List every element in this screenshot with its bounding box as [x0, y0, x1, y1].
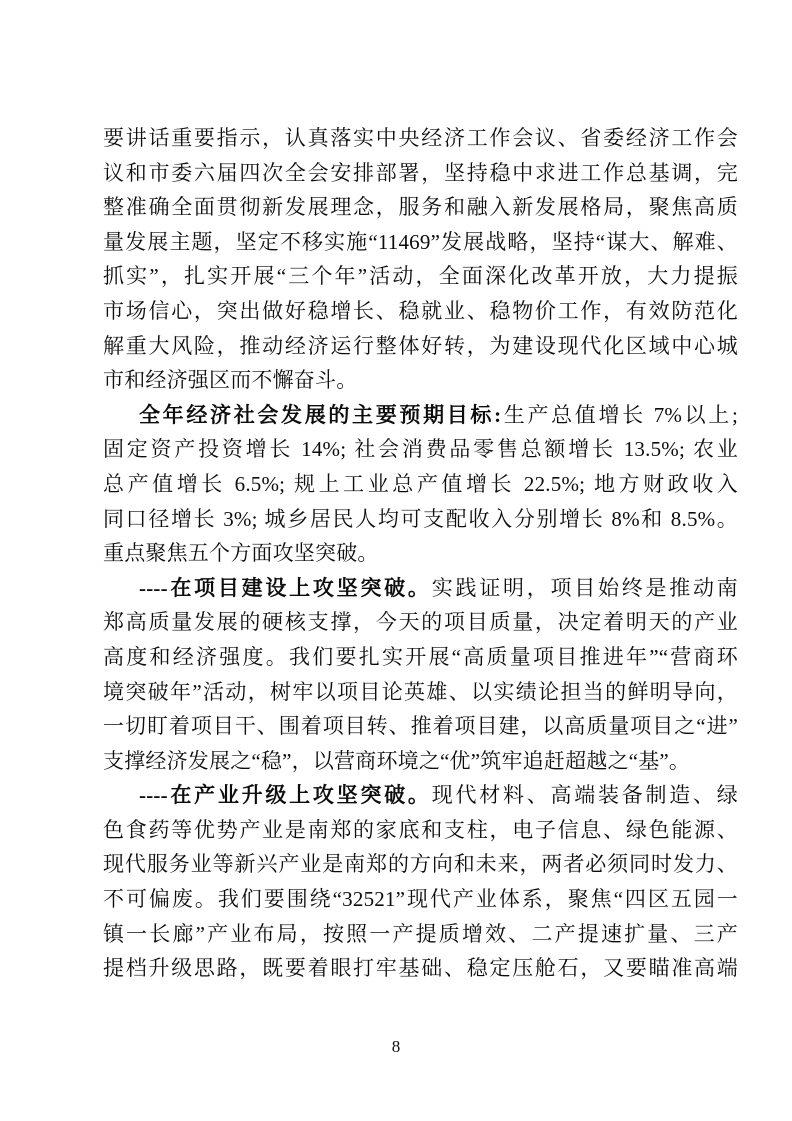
text-run: 支撑经济发展之“稳”，以营商环境之“优”筑牢追赶超越之“基”。	[103, 749, 690, 773]
bold-text-run: ----在项目建设上攻坚突破。	[139, 576, 432, 600]
text-line: 镇一长廊”产业布局，按照一产提质增效、二产提速扩量、三产	[103, 917, 738, 952]
text-run: 同口径增长 3%; 城乡居民人均可支配收入分别增长 8%和 8.5%。	[103, 507, 738, 531]
text-line: 市场信心，突出做好稳增长、稳就业、稳物价工作，有效防范化	[103, 294, 738, 329]
text-line: ----在产业升级上攻坚突破。现代材料、高端装备制造、绿	[103, 778, 738, 813]
text-run: 高度和经济强度。我们要扎实开展“高质量项目推进年”“营商环	[103, 645, 738, 669]
text-line: ----在项目建设上攻坚突破。实践证明，项目始终是推动南	[103, 571, 738, 606]
text-line: 不可偏废。我们要围绕“32521”现代产业体系，聚焦“四区五园一	[103, 882, 738, 917]
text-line: 同口径增长 3%; 城乡居民人均可支配收入分别增长 8%和 8.5%。	[103, 502, 738, 537]
text-run: 市和经济强区而不懈奋斗。	[103, 368, 357, 392]
text-line: 支撑经济发展之“稳”，以营商环境之“优”筑牢追赶超越之“基”。	[103, 744, 738, 779]
document-body: 要讲话重要指示，认真落实中央经济工作会议、省委经济工作会议和市委六届四次全会安排…	[103, 121, 738, 986]
page-number: 8	[0, 1036, 792, 1058]
document-page: 要讲话重要指示，认真落实中央经济工作会议、省委经济工作会议和市委六届四次全会安排…	[0, 0, 792, 1121]
text-line: 议和市委六届四次全会安排部署，坚持稳中求进工作总基调，完	[103, 156, 738, 191]
paragraph: 全年经济社会发展的主要预期目标:生产总值增长 7%以上;固定资产投资增长 14%…	[103, 398, 738, 571]
text-line: 抓实”，扎实开展“三个年”活动，全面深化改革开放，大力提振	[103, 259, 738, 294]
text-run: 量发展主题，坚定不移实施“11469”发展战略，坚持“谋大、解难、	[103, 230, 738, 254]
text-line: 提档升级思路，既要着眼打牢基础、稳定压舱石，又要瞄准高端	[103, 951, 738, 986]
text-run: 固定资产投资增长 14%; 社会消费品零售总额增长 13.5%; 农业	[103, 437, 738, 461]
text-run: 要讲话重要指示，认真落实中央经济工作会议、省委经济工作会	[103, 126, 738, 150]
text-run: 一切盯着项目干、围着项目转、推着项目建，以高质量项目之“进”	[103, 714, 738, 738]
text-line: 固定资产投资增长 14%; 社会消费品零售总额增长 13.5%; 农业	[103, 432, 738, 467]
text-run: 提档升级思路，既要着眼打牢基础、稳定压舱石，又要瞄准高端	[103, 956, 738, 980]
text-run: 实践证明，项目始终是推动南	[432, 576, 738, 600]
text-line: 全年经济社会发展的主要预期目标:生产总值增长 7%以上;	[103, 398, 738, 433]
text-run: 议和市委六届四次全会安排部署，坚持稳中求进工作总基调，完	[103, 161, 738, 185]
text-run: 色食药等优势产业是南郑的家底和支柱，电子信息、绿色能源、	[103, 818, 738, 842]
text-run: 现代服务业等新兴产业是南郑的方向和未来，两者必须同时发力、	[103, 852, 738, 876]
paragraph: ----在项目建设上攻坚突破。实践证明，项目始终是推动南郑高质量发展的硬核支撑，…	[103, 571, 738, 779]
text-run: 现代材料、高端装备制造、绿	[432, 783, 738, 807]
text-run: 市场信心，突出做好稳增长、稳就业、稳物价工作，有效防范化	[103, 299, 738, 323]
text-line: 现代服务业等新兴产业是南郑的方向和未来，两者必须同时发力、	[103, 847, 738, 882]
text-run: 镇一长廊”产业布局，按照一产提质增效、二产提速扩量、三产	[103, 922, 738, 946]
bold-text-run: 全年经济社会发展的主要预期目标:	[139, 403, 501, 427]
text-run: 抓实”，扎实开展“三个年”活动，全面深化改革开放，大力提振	[103, 264, 738, 288]
text-line: 重点聚焦五个方面攻坚突破。	[103, 536, 738, 571]
text-line: 总产值增长 6.5%; 规上工业总产值增长 22.5%; 地方财政收入	[103, 467, 738, 502]
text-run: 不可偏废。我们要围绕“32521”现代产业体系，聚焦“四区五园一	[103, 887, 738, 911]
text-run: 解重大风险，推动经济运行整体好转，为建设现代化区域中心城	[103, 334, 738, 358]
text-line: 市和经济强区而不懈奋斗。	[103, 363, 738, 398]
bold-text-run: ----在产业升级上攻坚突破。	[139, 783, 432, 807]
text-run: 整准确全面贯彻新发展理念，服务和融入新发展格局，聚焦高质	[103, 195, 738, 219]
text-line: 色食药等优势产业是南郑的家底和支柱，电子信息、绿色能源、	[103, 813, 738, 848]
text-line: 要讲话重要指示，认真落实中央经济工作会议、省委经济工作会	[103, 121, 738, 156]
text-line: 量发展主题，坚定不移实施“11469”发展战略，坚持“谋大、解难、	[103, 225, 738, 260]
text-line: 高度和经济强度。我们要扎实开展“高质量项目推进年”“营商环	[103, 640, 738, 675]
text-run: 境突破年”活动，树牢以项目论英雄、以实绩论担当的鲜明导向，	[103, 680, 738, 704]
paragraph: ----在产业升级上攻坚突破。现代材料、高端装备制造、绿色食药等优势产业是南郑的…	[103, 778, 738, 986]
text-line: 一切盯着项目干、围着项目转、推着项目建，以高质量项目之“进”	[103, 709, 738, 744]
text-run: 总产值增长 6.5%; 规上工业总产值增长 22.5%; 地方财政收入	[103, 472, 738, 496]
text-run: 郑高质量发展的硬核支撑，今天的项目质量，决定着明天的产业	[103, 610, 738, 634]
text-line: 郑高质量发展的硬核支撑，今天的项目质量，决定着明天的产业	[103, 605, 738, 640]
text-run: 生产总值增长 7%以上;	[501, 403, 738, 427]
text-line: 解重大风险，推动经济运行整体好转，为建设现代化区域中心城	[103, 329, 738, 364]
text-line: 整准确全面贯彻新发展理念，服务和融入新发展格局，聚焦高质	[103, 190, 738, 225]
text-line: 境突破年”活动，树牢以项目论英雄、以实绩论担当的鲜明导向，	[103, 675, 738, 710]
text-run: 重点聚焦五个方面攻坚突破。	[103, 541, 379, 565]
paragraph: 要讲话重要指示，认真落实中央经济工作会议、省委经济工作会议和市委六届四次全会安排…	[103, 121, 738, 398]
